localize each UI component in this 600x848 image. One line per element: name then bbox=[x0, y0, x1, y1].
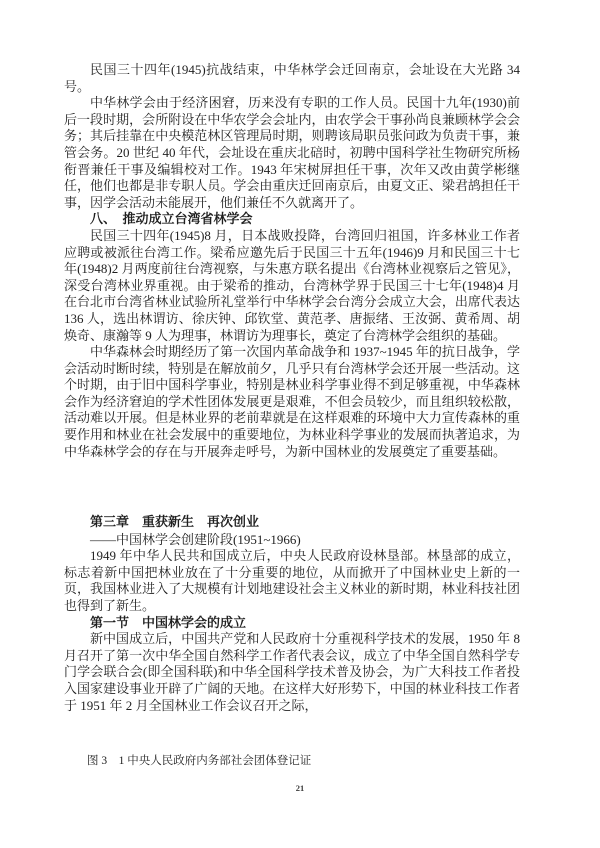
chapter-subtitle: ——中国林学会创建阶段(1951~1966) bbox=[64, 531, 520, 548]
figure-caption: 图 3 1 中央人民政府内务部社会团体登记证 bbox=[64, 754, 520, 769]
body-paragraph: 民国三十四年(1945)8 月，日本战败投降，台湾回归祖国，许多林业工作者应聘或… bbox=[64, 228, 520, 344]
body-paragraph: 中华林学会由于经济困窘，历来没有专职的工作人员。民国十九年(1930)前后一段时… bbox=[64, 95, 520, 211]
body-paragraph: 中华森林会时期经历了第一次国内革命战争和 1937~1945 年的抗日战争，学会… bbox=[64, 344, 520, 460]
section-heading: 八、 推动成立台湾省林学会 bbox=[64, 211, 520, 228]
body-paragraph: 民国三十四年(1945)抗战结束，中华林学会迁回南京，会址设在大光路 34 号。 bbox=[64, 62, 520, 95]
subsection-heading: 第一节 中国林学会的成立 bbox=[64, 615, 520, 632]
page-number: 21 bbox=[0, 783, 600, 793]
chapter-title: 第三章 重获新生 再次创业 bbox=[64, 513, 520, 531]
body-paragraph: 1949 年中华人民共和国成立后，中央人民政府设林垦部。林垦部的成立，标志着新中… bbox=[64, 548, 520, 614]
body-paragraph: 新中国成立后，中国共产党和人民政府十分重视科学技术的发展，1950 年 8 月召… bbox=[64, 631, 520, 714]
text-column: 民国三十四年(1945)抗战结束，中华林学会迁回南京，会址设在大光路 34 号。… bbox=[64, 62, 520, 769]
document-page: 民国三十四年(1945)抗战结束，中华林学会迁回南京，会址设在大光路 34 号。… bbox=[0, 0, 600, 848]
